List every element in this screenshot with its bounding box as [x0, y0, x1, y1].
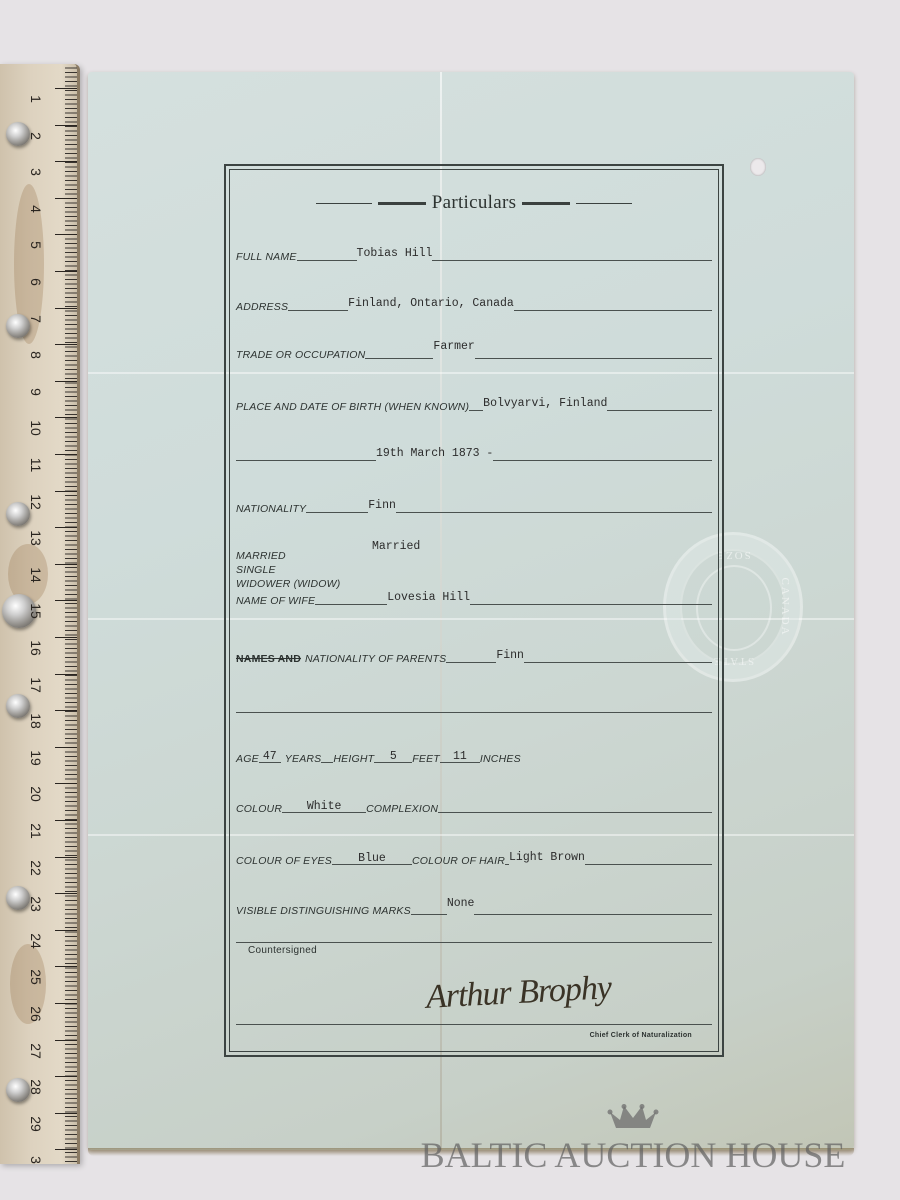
page-title: Particulars	[432, 192, 517, 214]
ruler-major-tick	[55, 344, 77, 345]
underline	[365, 358, 433, 359]
ruler-number: 12	[28, 485, 44, 519]
particulars-form: Particulars Full Name Tobias Hill Addres…	[224, 164, 724, 1057]
field-birth-place: Place and Date of Birth (when known) Bol…	[236, 392, 712, 414]
ruler-number: 18	[28, 704, 44, 738]
underline	[524, 662, 712, 663]
title-rule-right-thick	[522, 202, 570, 205]
ruler-major-tick	[55, 600, 77, 601]
wife-name-label: Name of Wife	[236, 595, 315, 608]
ruler-number: 4	[28, 192, 44, 226]
rivet-icon	[6, 122, 30, 146]
wife-name-value: Lovesia Hill	[387, 591, 470, 604]
nationality-label: Nationality	[236, 503, 306, 516]
underline	[236, 460, 376, 461]
ruler-major-tick	[55, 417, 77, 418]
ruler-major-tick	[55, 857, 77, 858]
marks-value: None	[447, 897, 475, 910]
eyes-label: Colour of Eyes	[236, 855, 332, 868]
ruler-number: 7	[28, 302, 44, 336]
underline	[236, 712, 712, 713]
ruler-major-tick	[55, 454, 77, 455]
ruler-major-tick	[55, 125, 77, 126]
birth-place-value: Bolvyarvi, Finland	[483, 397, 607, 410]
punch-hole	[750, 158, 766, 176]
underline	[470, 604, 712, 605]
ruler-number: 16	[28, 631, 44, 665]
hair-value: Light Brown	[509, 851, 585, 864]
ruler-major-tick	[55, 198, 77, 199]
field-parents-extra-line	[236, 694, 712, 716]
ruler-number: 13	[28, 521, 44, 555]
underline	[475, 358, 712, 359]
ruler-number: 25	[28, 960, 44, 994]
ruler-major-tick	[55, 710, 77, 711]
underline	[321, 762, 333, 763]
parents-nationality-label: Nationality of Parents	[305, 653, 446, 666]
eyes-value: Blue	[358, 852, 386, 865]
ruler-ticks	[53, 64, 77, 1164]
ruler-major-tick	[55, 674, 77, 675]
ruler-number: 20	[28, 777, 44, 811]
ruler-major-tick	[55, 271, 77, 272]
birth-label: Place and Date of Birth (when known)	[236, 401, 469, 414]
seal-text-right: CANADA	[779, 540, 791, 674]
ruler-number: 14	[28, 558, 44, 592]
colour-value: White	[307, 800, 342, 813]
signature-line	[236, 1024, 712, 1025]
underline	[297, 260, 357, 261]
years-label: Years	[285, 753, 322, 766]
ruler-number: 3	[28, 155, 44, 189]
complexion-underline	[438, 812, 712, 813]
ruler-major-tick	[55, 381, 77, 382]
title-row: Particulars	[226, 192, 722, 214]
occupation-label: Trade or Occupation	[236, 349, 365, 362]
ruler-number: 3	[28, 1143, 44, 1177]
ruler-number: 24	[28, 924, 44, 958]
underline	[446, 662, 496, 663]
rivet-icon	[6, 694, 30, 718]
ruler-number: 17	[28, 668, 44, 702]
complexion-label: Complexion	[366, 803, 438, 816]
underline	[585, 864, 712, 865]
struck-names-label: Names and	[236, 653, 301, 666]
ruler-number: 11	[28, 448, 44, 482]
ruler-number: 5	[28, 228, 44, 262]
crown-icon	[606, 1104, 660, 1130]
ruler-major-tick	[55, 161, 77, 162]
watermark-text: BALTIC AUCTION HOUSE	[388, 1134, 878, 1176]
ruler-number: 15	[28, 594, 44, 628]
field-colour-complexion: Colour White Complexion	[236, 794, 712, 816]
ruler-major-tick	[55, 234, 77, 235]
field-birth-date: 19th March 1873 -	[236, 442, 712, 464]
ruler-major-tick	[55, 88, 77, 89]
field-occupation: Trade or Occupation Farmer	[236, 340, 712, 362]
parents-nationality-value: Finn	[496, 649, 524, 662]
married-label: Married	[236, 550, 340, 564]
age-label: Age	[236, 753, 259, 766]
field-eyes-hair: Colour of Eyes Blue Colour of Hair Light…	[236, 846, 712, 868]
ruler-major-tick	[55, 820, 77, 821]
ruler-number: 10	[28, 411, 44, 445]
underline	[607, 410, 712, 411]
field-parents-nationality: Names and Nationality of Parents Finn	[236, 644, 712, 666]
single-label: Single	[236, 564, 340, 578]
birth-date-value: 19th March 1873 -	[376, 447, 493, 460]
rivet-icon	[6, 502, 30, 526]
address-value: Finland, Ontario, Canada	[348, 297, 514, 310]
age-value: 47	[263, 750, 277, 763]
ruler-major-tick	[55, 893, 77, 894]
ruler-major-tick	[55, 564, 77, 565]
rivet-icon	[6, 314, 30, 338]
signer-title: Chief Clerk of Naturalization	[590, 1032, 692, 1039]
underline	[432, 260, 712, 261]
full-name-value: Tobias Hill	[357, 247, 433, 260]
ruler-major-tick	[55, 1003, 77, 1004]
ruler-major-tick	[55, 308, 77, 309]
ruler: 1234567891011121314151617181920212223242…	[0, 64, 80, 1164]
nationality-value: Finn	[368, 499, 396, 512]
underline	[469, 410, 483, 411]
ruler-number: 6	[28, 265, 44, 299]
ruler-number: 2	[28, 119, 44, 153]
underline	[306, 512, 368, 513]
document-paper: SOZE CANADA STATE Particulars Full Name …	[88, 72, 854, 1150]
countersigned-label: Countersigned	[248, 945, 317, 956]
underline	[474, 914, 712, 915]
signature: Arthur Brophy	[425, 969, 612, 1017]
ruler-number: 19	[28, 741, 44, 775]
ruler-major-tick	[55, 491, 77, 492]
underline	[315, 604, 387, 605]
title-rule-right	[576, 203, 632, 204]
hair-label: Colour of Hair	[412, 855, 505, 868]
feet-value: 5	[390, 750, 397, 763]
ruler-number: 28	[28, 1070, 44, 1104]
ruler-major-tick	[55, 1040, 77, 1041]
ruler-major-tick	[55, 527, 77, 528]
ruler-major-tick	[55, 747, 77, 748]
marks-label: Visible Distinguishing Marks	[236, 905, 411, 918]
field-distinguishing-marks: Visible Distinguishing Marks None	[236, 896, 712, 918]
underline	[411, 914, 447, 915]
ruler-major-tick	[55, 1113, 77, 1114]
underline	[514, 310, 712, 311]
underline	[505, 864, 509, 865]
inches-value: 11	[453, 750, 467, 763]
field-nationality: Nationality Finn	[236, 494, 712, 516]
underline	[493, 460, 712, 461]
ruler-number: 22	[28, 851, 44, 885]
title-rule-left-thick	[378, 202, 426, 205]
ruler-number: 1	[28, 82, 44, 116]
field-address: Address Finland, Ontario, Canada	[236, 292, 712, 314]
ruler-number: 21	[28, 814, 44, 848]
rivet-icon	[6, 886, 30, 910]
full-name-label: Full Name	[236, 251, 297, 264]
address-label: Address	[236, 301, 288, 314]
ruler-number: 29	[28, 1107, 44, 1141]
countersigned-top-rule	[236, 942, 712, 943]
underline	[396, 512, 712, 513]
ruler-major-tick	[55, 1149, 77, 1150]
ruler-major-tick	[55, 930, 77, 931]
field-full-name: Full Name Tobias Hill	[236, 242, 712, 264]
underline	[288, 310, 348, 311]
ruler-number: 23	[28, 887, 44, 921]
ruler-number: 27	[28, 1034, 44, 1068]
title-rule-left	[316, 203, 372, 204]
inches-label: Inches	[480, 753, 521, 766]
ruler-major-tick	[55, 966, 77, 967]
height-label: Height	[333, 753, 374, 766]
ruler-number: 9	[28, 375, 44, 409]
ruler-major-tick	[55, 783, 77, 784]
rivet-icon	[6, 1078, 30, 1102]
feet-label: Feet	[412, 753, 440, 766]
ruler-major-tick	[55, 1076, 77, 1077]
colour-label: Colour	[236, 803, 282, 816]
field-age-height: Age 47 Years Height 5 Feet 11 Inches	[236, 744, 712, 766]
occupation-value: Farmer	[433, 340, 474, 353]
marital-status-value: Married	[372, 540, 420, 553]
ruler-major-tick	[55, 637, 77, 638]
field-wife-name: Name of Wife Lovesia Hill	[236, 586, 712, 608]
ruler-number: 26	[28, 997, 44, 1031]
ruler-number: 8	[28, 338, 44, 372]
